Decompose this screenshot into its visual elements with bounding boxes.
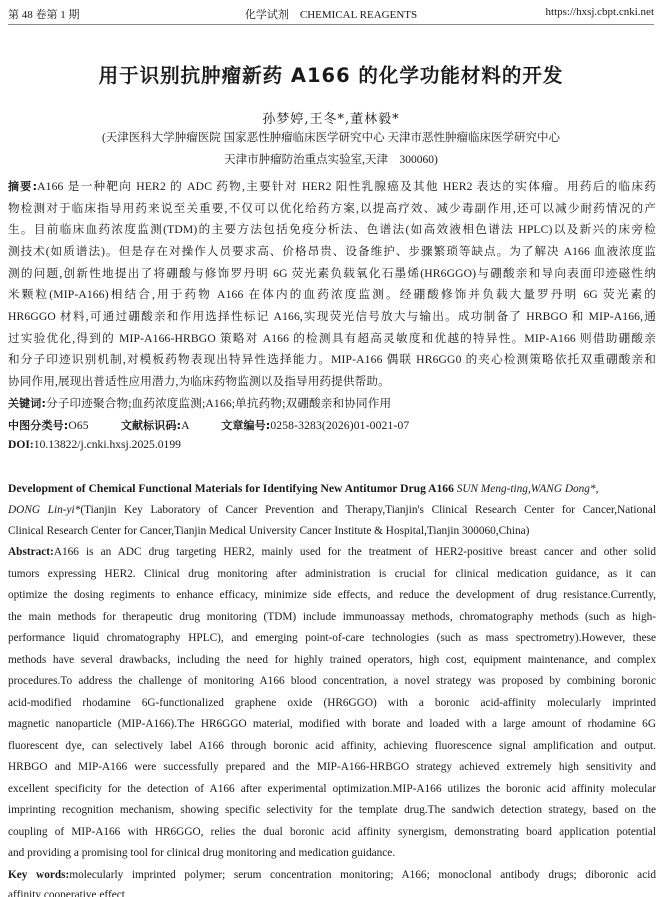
clc-value: O65	[68, 419, 88, 432]
abstract-en-line: acid-modified rhodamine 6G-functionalize…	[8, 697, 656, 709]
abstract-cn-line: 生。目前临床血药浓度监测(TDM)的主要方法包括免疫分析法、色谱法(如高效液相色…	[8, 221, 656, 237]
abstract-en-line: procedures.To address the challenge of m…	[8, 675, 656, 687]
doi-line: DOI:10.13822/j.cnki.hxsj.2025.0199	[8, 438, 656, 451]
abstract-en-line: fluorescent dye, can selectively label A…	[8, 740, 656, 752]
abstract-en-line: coupling of MIP-A166 with HR6GGO, relies…	[8, 826, 656, 838]
abstract-en-line: the main methods for therapeutic drug mo…	[8, 611, 656, 623]
abstract-cn-line: 测的问题,创新性地提出了将硼酸与修饰罗丹明 6G 荧光素负载氧化石墨烯(HR6G…	[8, 265, 656, 281]
english-title-line: Development of Chemical Functional Mater…	[8, 482, 656, 495]
english-affiliation-line: Clinical Research Center for Cancer,Tian…	[8, 525, 656, 537]
abstract-en-line: tumors expressing HER2. Clinical drug mo…	[8, 568, 656, 580]
clc-label: 中图分类号:	[8, 419, 68, 432]
keywords-en: Key words:molecularly imprinted polymer;…	[8, 869, 656, 881]
doi-label: DOI:	[8, 438, 34, 451]
abstract-cn-line: 测技术(如质谱法)。但是存在对操作人员要求高、价格昂贵、设备维护、步骤繁琐等缺点…	[8, 243, 656, 259]
abstract-en-line: performance liquid chromatography HPLC),…	[8, 632, 656, 644]
keywords-cn: 关键词:分子印迹聚合物;血药浓度监测;A166;单抗药物;双硼酸亲和协同作用	[8, 395, 656, 411]
article-no-label: 文章编号:	[221, 419, 270, 432]
authors-cn: 孙梦婷,王冬*,董林毅*	[0, 108, 662, 127]
doi-value[interactable]: 10.13822/j.cnki.hxsj.2025.0199	[34, 438, 181, 451]
english-authors: SUN Meng-ting,WANG Dong*,	[457, 483, 599, 495]
abstract-cn-line: 协同作用,展现出普适性应用潜力,为临床药物监测以及指导用药提供帮助。	[8, 373, 656, 389]
english-affiliation-line: DONG Lin-yi*(Tianjin Key Laboratory of C…	[8, 504, 656, 516]
english-title: Development of Chemical Functional Mater…	[8, 482, 454, 495]
affiliation-cn-line-1: (天津医科大学肿瘤医院 国家恶性肿瘤临床医学研究中心 天津市恶性肿瘤临床医学研究…	[0, 129, 662, 145]
doc-code-value: A	[181, 419, 189, 432]
keywords-cn-label: 关键词:	[8, 397, 46, 410]
abstract-en-line: and providing a promising tool for clini…	[8, 847, 656, 859]
keywords-cn-value: 分子印迹聚合物;血药浓度监测;A166;单抗药物;双硼酸亲和协同作用	[46, 397, 391, 410]
doc-code-label: 文献标识码:	[121, 419, 181, 432]
paper-title-cn: 用于识别抗肿瘤新药 A166 的化学功能材料的开发	[0, 60, 662, 88]
abstract-cn-line: HR6GGO 材料,可通过硼酸亲和作用选择性标记 A166,实现荧光信号放大与输…	[8, 308, 656, 324]
abstract-cn-line: 物检测对于临床指导用药来说至关重要,不仅可以优化给药方案,以提高疗效、减少毒副作…	[8, 200, 656, 216]
abstract-en-line: optimize the dosing regiments to enhance…	[8, 589, 656, 601]
classification-line: 中图分类号:O65 文献标识码:A 文章编号:0258-3283(2026)01…	[8, 417, 656, 433]
english-author-last: DONG Lin-yi*	[8, 504, 80, 516]
abstract-en-line: magnetic nanoparticle (MIP-A166).The HR6…	[8, 718, 656, 730]
abstract-en-line: Abstract:A166 is an ADC drug targeting H…	[8, 546, 656, 558]
abstract-cn-line: 摘要:A166 是一种靶向 HER2 的 ADC 药物,主要针对 HER2 阳性…	[8, 178, 656, 194]
keywords-en-continued: affinity cooperative effect	[8, 889, 656, 897]
abstract-en-line: methods have several drawbacks, includin…	[8, 654, 656, 666]
abstract-en-line: excellent specificity for the detection …	[8, 783, 656, 795]
abstract-en-label: Abstract:	[8, 546, 54, 558]
abstract-en-line: imprinting recognition mechanism, showin…	[8, 804, 656, 816]
abstract-cn-line: 米颗粒(MIP-A166)相结合,用于药物 A166 在体内的血药浓度监测。经硼…	[8, 286, 656, 302]
abstract-en-line: HRBGO and MIP-A166 were successfully pre…	[8, 761, 656, 773]
header-rule	[8, 24, 654, 25]
abstract-cn-line: 和分子印迹识别机制,对模板药物表现出特异性选择能力。MIP-A166 偶联 HR…	[8, 351, 656, 367]
abstract-cn-label: 摘要:	[8, 180, 37, 193]
keywords-en-label: Key words:	[8, 869, 69, 881]
affiliation-cn-line-2: 天津市肿瘤防治重点实验室,天津 300060)	[0, 151, 662, 167]
article-no-value: 0258-3283(2026)01-0021-07	[270, 419, 409, 432]
abstract-cn-line: 过实验优化,得到的 MIP-A166-HRBGO 策略对 A166 的检测具有超…	[8, 330, 656, 346]
journal-url[interactable]: https://hxsj.cbpt.cnki.net	[546, 6, 654, 18]
